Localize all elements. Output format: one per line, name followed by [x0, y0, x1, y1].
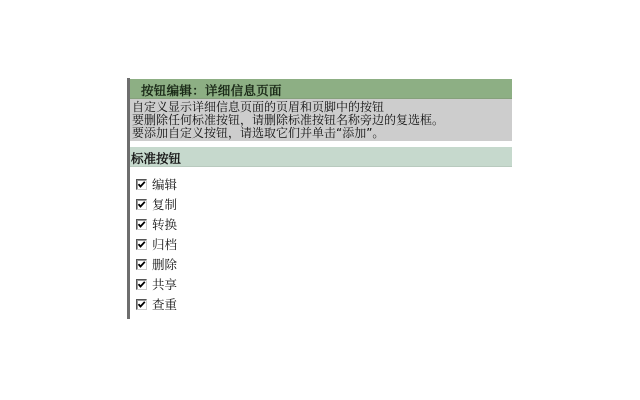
checkbox-item-dedupe[interactable]: 查重: [136, 295, 177, 313]
checkbox[interactable]: [136, 259, 147, 270]
checkbox[interactable]: [136, 239, 147, 250]
checkbox-label: 删除: [152, 255, 177, 273]
description-block: 自定义显示详细信息页面的页眉和页脚中的按钮 要删除任何标准按钮，请删除标准按钮名…: [130, 99, 512, 141]
checkbox-item-convert[interactable]: 转换: [136, 215, 177, 233]
checkmark-icon: [137, 180, 146, 189]
checkbox-label: 复制: [152, 195, 177, 213]
page-title: 按钮编辑：详细信息页面: [141, 81, 282, 99]
checkbox-item-copy[interactable]: 复制: [136, 195, 177, 213]
checkbox-label: 归档: [152, 235, 177, 253]
section-title: 标准按钮: [131, 149, 181, 167]
checkbox[interactable]: [136, 299, 147, 310]
checkbox[interactable]: [136, 199, 147, 210]
checkbox-item-delete[interactable]: 删除: [136, 255, 177, 273]
checkbox-item-edit[interactable]: 编辑: [136, 175, 177, 193]
standard-buttons-section-header: 标准按钮: [130, 147, 512, 167]
button-edit-panel: 按钮编辑：详细信息页面 自定义显示详细信息页面的页眉和页脚中的按钮 要删除任何标…: [127, 78, 515, 319]
checkmark-icon: [137, 260, 146, 269]
checkbox-label: 查重: [152, 295, 177, 313]
checkbox[interactable]: [136, 179, 147, 190]
checkbox-label: 编辑: [152, 175, 177, 193]
description-line: 要添加自定义按钮，请选取它们并单击“添加”。: [132, 126, 384, 140]
checkbox-label: 转换: [152, 215, 177, 233]
panel-header: 按钮编辑：详细信息页面: [130, 79, 512, 99]
description-line: 自定义显示详细信息页面的页眉和页脚中的按钮: [132, 100, 384, 114]
description-line: 要删除任何标准按钮，请删除标准按钮名称旁边的复选框。: [132, 113, 444, 127]
checkmark-icon: [137, 220, 146, 229]
checkbox-label: 共享: [152, 275, 177, 293]
checkbox[interactable]: [136, 219, 147, 230]
checkbox-item-archive[interactable]: 归档: [136, 235, 177, 253]
checkbox-item-share[interactable]: 共享: [136, 275, 177, 293]
checkmark-icon: [137, 200, 146, 209]
checkbox[interactable]: [136, 279, 147, 290]
checkmark-icon: [137, 240, 146, 249]
checkmark-icon: [137, 300, 146, 309]
checkmark-icon: [137, 280, 146, 289]
